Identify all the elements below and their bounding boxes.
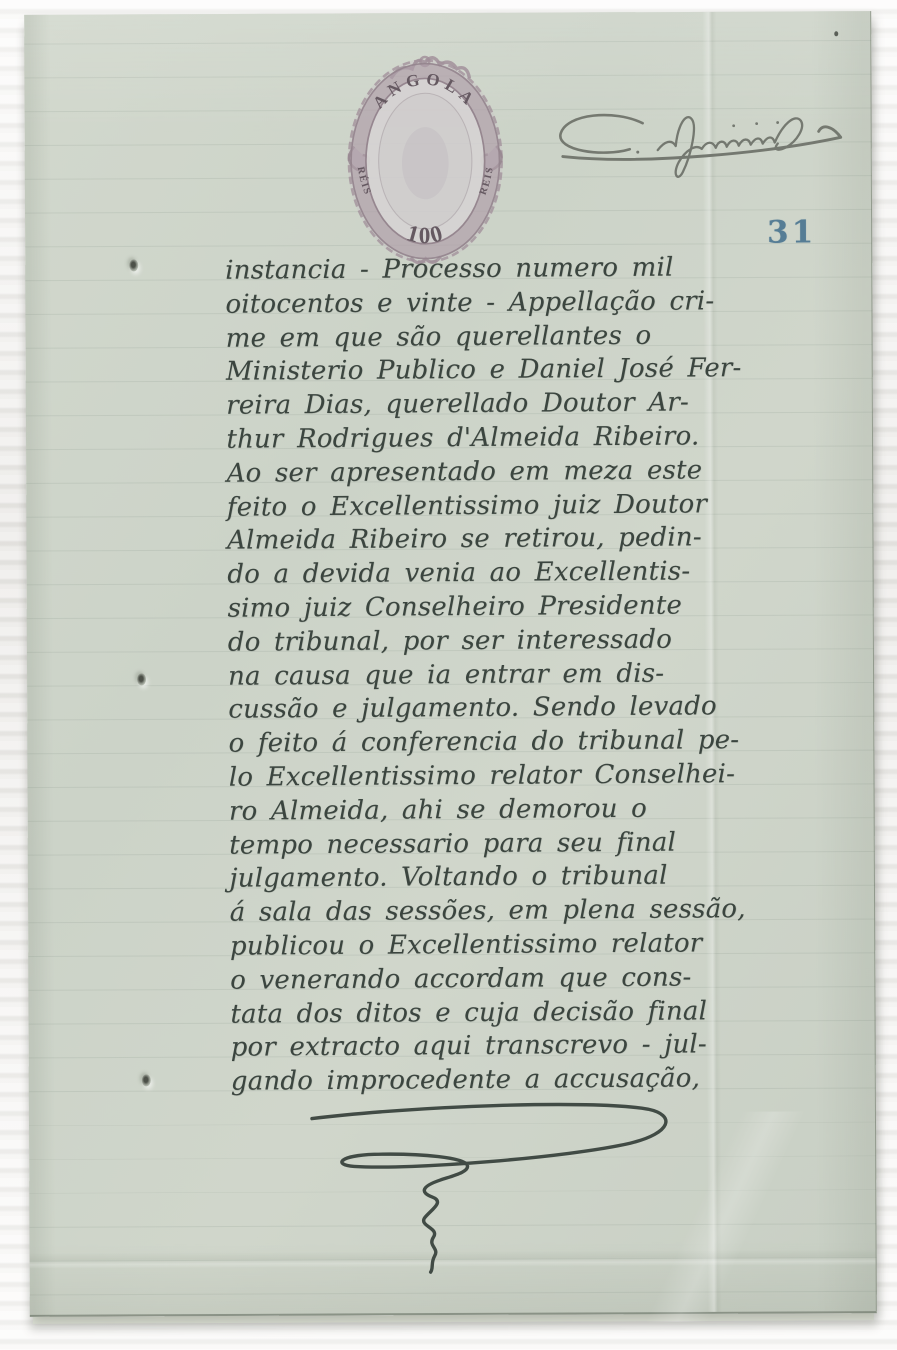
document-page: ANGOLA RÉIS 100 REIS [24,11,877,1317]
manuscript-line: thur Rodrigues d'Almeida Ribeiro. [226,420,771,458]
manuscript-line: ro Almeida, ahi se demorou o [229,792,774,830]
manuscript-line: me em que são querellantes o [226,318,771,356]
signature-initial-loop [560,115,643,153]
manuscript-line: o feito á conferencia do tribunal pe- [228,724,773,762]
manuscript-line: na causa que ia entrar em dis- [228,656,773,694]
manuscript-line: á sala das sessões, em plena sessão, [230,893,775,931]
manuscript-line: gando improcedente a accusação, [231,1062,776,1100]
paper-speck [834,31,838,36]
stamp-value: 100 [404,220,448,249]
handwritten-signature [545,106,860,212]
manuscript-line: o venerando accordam que cons- [230,961,775,999]
photo-background: ANGOLA RÉIS 100 REIS [0,0,897,1350]
signature-underline [563,127,841,160]
manuscript-line: por extracto aqui transcrevo - jul- [231,1028,776,1066]
manuscript-line: feito o Excellentissimo juiz Doutor [227,487,772,525]
manuscript-line: instancia - Processo numero mil [225,251,770,289]
manuscript-line: tata dos ditos e cuja decisão final [230,994,775,1032]
manuscript-text: instancia - Processo numero mil oitocent… [225,251,776,1100]
manuscript-line: publicou o Excellentissimo relator [230,927,775,965]
manuscript-line: lo Excellentissimo relator Conselhei- [229,758,774,796]
manuscript-line: Ministerio Publico e Daniel José Fer- [226,352,771,390]
page-number-stamp: 31 [767,214,816,250]
manuscript-line: tempo necessario para seu final [229,825,774,863]
manuscript-line: reira Dias, querellado Doutor Ar- [226,386,771,424]
manuscript-line: cussão e julgamento. Sendo levado [228,690,773,728]
binding-hole [137,673,146,685]
binding-hole [142,1074,151,1086]
manuscript-line: simo juiz Conselheiro Presidente [227,589,772,627]
manuscript-line: Almeida Ribeiro se retirou, pedin- [227,521,772,559]
manuscript-line: do tribunal, por ser interessado [228,623,773,661]
binding-hole [129,259,138,271]
stamp-embossed-crest [402,127,449,199]
manuscript-line: Ao ser apresentado em meza este [227,454,772,492]
rubric-flourish [292,1097,703,1284]
manuscript-line: do a devida venia ao Excellentis- [227,555,772,593]
revenue-stamp-100-reis: ANGOLA RÉIS 100 REIS [340,55,511,268]
manuscript-line: julgamento. Voltando o tribunal [229,859,774,897]
manuscript-line: oitocentos e vinte - Appellação cri- [225,285,770,323]
